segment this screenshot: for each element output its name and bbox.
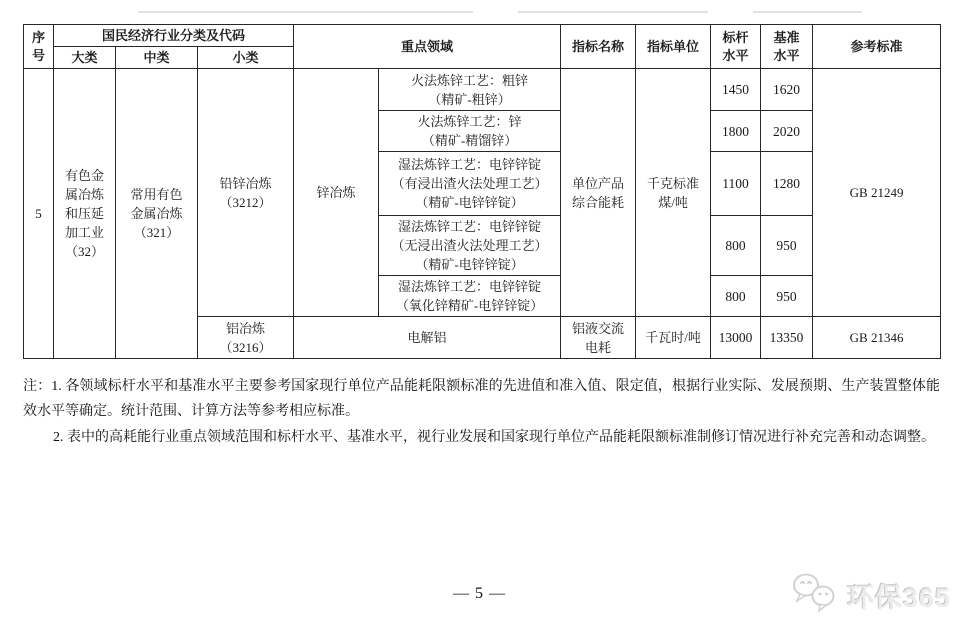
header-baseline-level: 基准 水平	[761, 25, 813, 69]
cell-reference-aluminum: GB 21346	[813, 317, 941, 359]
wechat-bubbles-icon	[790, 570, 842, 621]
cell-minor-class-zinc: 铅锌冶炼 （3212）	[198, 69, 294, 317]
header-indicator-name: 指标名称	[561, 25, 636, 69]
cell-process-2: 火法炼锌工艺：锌 （精矿-精馏锌）	[379, 111, 561, 152]
cell-middle-class: 常用有色 金属冶炼 （321）	[116, 69, 198, 359]
header-major-class: 大类	[54, 47, 116, 69]
cell-benchmark-3: 1100	[711, 152, 761, 216]
cell-benchmark-2: 1800	[711, 111, 761, 152]
note-2: 2. 表中的高耗能行业重点领域范围和标杆水平、基准水平，视行业发展和国家现行单位…	[23, 425, 940, 450]
header-indicator-unit: 指标单位	[636, 25, 711, 69]
cell-process-3: 湿法炼锌工艺：电锌锌锭 （有浸出渣火法处理工艺） （精矿-电锌锌锭）	[379, 152, 561, 216]
cell-indicator-unit-aluminum: 千瓦时/吨	[636, 317, 711, 359]
cell-baseline-4: 950	[761, 216, 813, 276]
cell-minor-class-aluminum: 铝冶炼 （3216）	[198, 317, 294, 359]
watermark: 环保365	[790, 570, 951, 621]
cell-benchmark-5: 800	[711, 276, 761, 317]
note-1: 注：1. 各领域标杆水平和基准水平主要参考国家现行单位产品能耗限额标准的先进值和…	[23, 374, 940, 424]
cell-process-5: 湿法炼锌工艺：电锌锌锭 （氧化锌精矿-电锌锌锭）	[379, 276, 561, 317]
header-industry-group: 国民经济行业分类及代码	[54, 25, 294, 47]
cell-indicator-unit-zinc: 千克标准 煤/吨	[636, 69, 711, 317]
cell-baseline-5: 950	[761, 276, 813, 317]
cell-area-zinc: 锌冶炼	[294, 69, 379, 317]
cell-seq: 5	[24, 69, 54, 359]
cell-reference-zinc: GB 21249	[813, 69, 941, 317]
cell-benchmark-aluminum: 13000	[711, 317, 761, 359]
header-seq: 序 号	[24, 25, 54, 69]
header-key-area: 重点领域	[294, 25, 561, 69]
page-edge-artifact	[138, 11, 862, 14]
standards-table: 序 号 国民经济行业分类及代码 重点领域 指标名称 指标单位 标杆 水平 基准 …	[23, 24, 941, 359]
cell-baseline-1: 1620	[761, 69, 813, 111]
cell-process-4: 湿法炼锌工艺：电锌锌锭 （无浸出渣火法处理工艺） （精矿-电锌锌锭）	[379, 216, 561, 276]
cell-process-1: 火法炼锌工艺：粗锌 （精矿-粗锌）	[379, 69, 561, 111]
notes-block: 注：1. 各领域标杆水平和基准水平主要参考国家现行单位产品能耗限额标准的先进值和…	[23, 374, 940, 450]
header-reference-standard: 参考标准	[813, 25, 941, 69]
table-row: 5 有色金 属冶炼 和压延 加工业 （32） 常用有色 金属冶炼 （321） 铅…	[24, 69, 941, 111]
cell-baseline-aluminum: 13350	[761, 317, 813, 359]
cell-major-class: 有色金 属冶炼 和压延 加工业 （32）	[54, 69, 116, 359]
cell-benchmark-4: 800	[711, 216, 761, 276]
cell-indicator-name-zinc: 单位产品 综合能耗	[561, 69, 636, 317]
cell-baseline-3: 1280	[761, 152, 813, 216]
document-page: { "table": { "header": { "seq": "序\n号", …	[0, 0, 959, 634]
cell-baseline-2: 2020	[761, 111, 813, 152]
header-minor-class: 小类	[198, 47, 294, 69]
watermark-text: 环保365	[847, 576, 951, 615]
header-middle-class: 中类	[116, 47, 198, 69]
cell-benchmark-1: 1450	[711, 69, 761, 111]
header-benchmark-level: 标杆 水平	[711, 25, 761, 69]
cell-area-aluminum: 电解铝	[294, 317, 561, 359]
cell-indicator-name-aluminum: 铝液交流 电耗	[561, 317, 636, 359]
